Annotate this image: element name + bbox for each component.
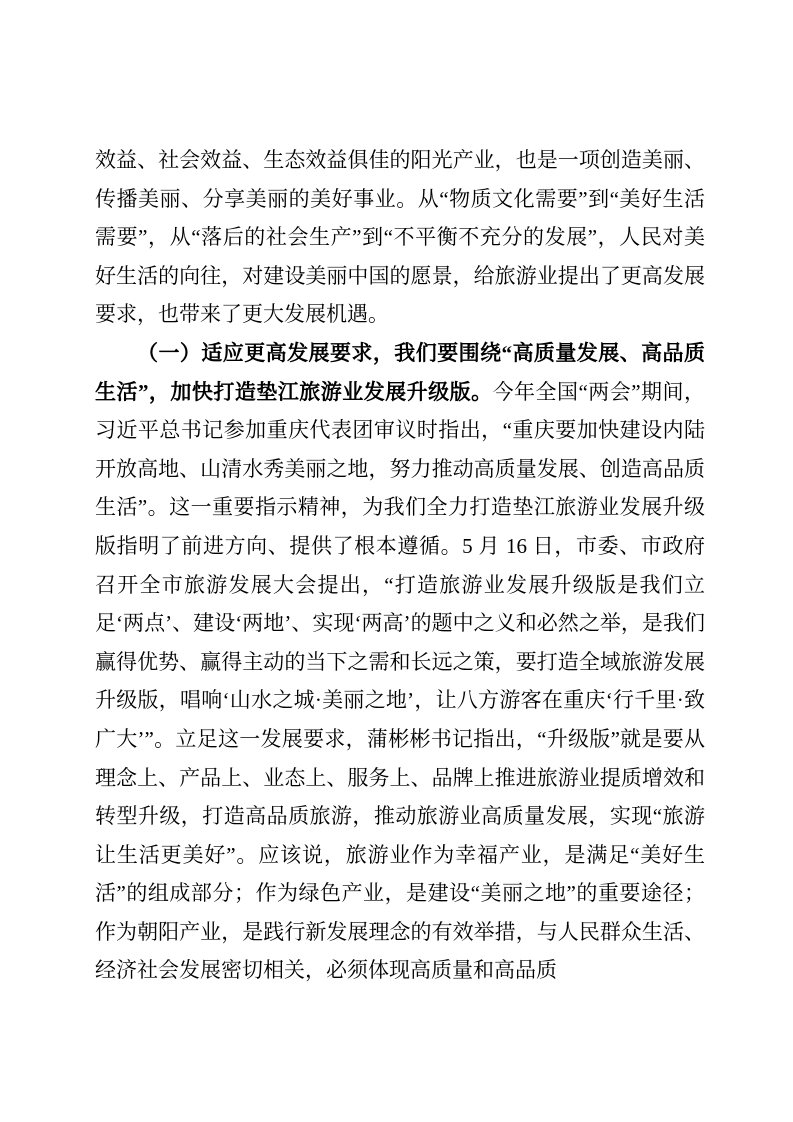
section-one-body-text: 今年全国“两会”期间，习近平总书记参加重庆代表团审议时指出，“重庆要加快建设内陆…	[95, 380, 705, 983]
paragraph-section-one: （一）适应更高发展要求，我们要围绕“高质量发展、高品质生活”，加快打造垫江旅游业…	[95, 334, 705, 990]
document-page: 效益、社会效益、生态效益俱佳的阳光产业，也是一项创造美丽、传播美丽、分享美丽的美…	[0, 0, 793, 1122]
paragraph-continuation: 效益、社会效益、生态效益俱佳的阳光产业，也是一项创造美丽、传播美丽、分享美丽的美…	[95, 141, 705, 334]
paragraph-continuation-text: 效益、社会效益、生态效益俱佳的阳光产业，也是一项创造美丽、传播美丽、分享美丽的美…	[95, 148, 705, 326]
document-body: 效益、社会效益、生态效益俱佳的阳光产业，也是一项创造美丽、传播美丽、分享美丽的美…	[95, 141, 705, 990]
